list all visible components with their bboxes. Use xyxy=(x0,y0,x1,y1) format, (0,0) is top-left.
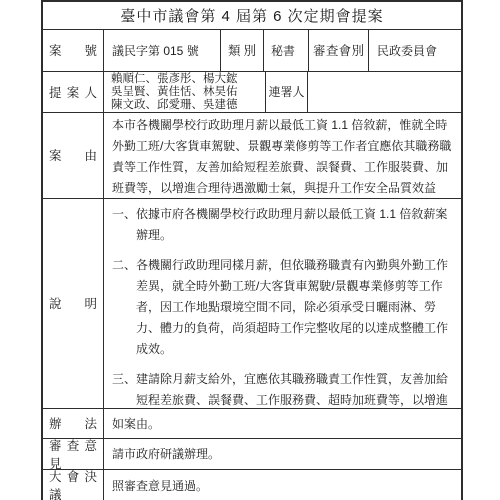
category-label-cell: 類別 xyxy=(221,30,264,71)
committee-label: 審查會別 xyxy=(313,41,364,59)
proposer-row: 提案人 賴順仁、張彥彤、楊大鋐 吳呈賢、黃佳恬、林昊佑 陳文政、邱愛珊、吳建德 … xyxy=(43,72,461,113)
proposer-names-line-3: 陳文政、邱愛珊、吳建德 xyxy=(111,99,265,112)
case-number-label: 案號 xyxy=(49,41,97,59)
resolution-label: 大會決議 xyxy=(49,470,97,500)
case-reason-text: 本市各機關學校行政助理月薪以最低工資 1.1 倍敘薪，惟就全時外勤工班/大客貨車… xyxy=(104,113,461,198)
proposal-document-page: 臺中市議會第 4 屆第 6 次定期會提案 案號 議民字第 015 號 類別 秘書… xyxy=(0,0,500,500)
description-item-2: 二、 各機關行政助理同樣月薪，但依職務職責有內勤與外勤工作差異，就全時外勤工班/… xyxy=(112,255,453,360)
committee-value-cell: 民政委員會 xyxy=(369,30,461,71)
description-item-1: 一、 依據市府各機關學校行政助理月薪以最低工資 1.1 倍敘薪案辦理。 xyxy=(112,204,453,246)
proposer-label: 提案人 xyxy=(49,83,97,101)
description-content: 一、 依據市府各機關學校行政助理月薪以最低工資 1.1 倍敘薪案辦理。 二、 各… xyxy=(104,199,461,408)
proposer-names-cell: 賴順仁、張彥彤、楊大鋐 吳呈賢、黃佳恬、林昊佑 陳文政、邱愛珊、吳建德 xyxy=(104,72,266,112)
method-label: 辦法 xyxy=(49,414,97,432)
cosigner-label: 連署人 xyxy=(268,83,304,100)
category-value-cell: 秘書 xyxy=(264,30,309,71)
description-label-cell: 說明 xyxy=(43,199,104,408)
resolution-row: 大會決議 照審查意見通過。 xyxy=(43,470,461,500)
case-meta-row: 案號 議民字第 015 號 類別 秘書 審查會別 民政委員會 xyxy=(43,30,461,72)
case-reason-label-cell: 案由 xyxy=(43,113,104,198)
proposal-table: 臺中市議會第 4 屆第 6 次定期會提案 案號 議民字第 015 號 類別 秘書… xyxy=(41,0,463,500)
proposer-names-line-2: 吳呈賢、黃佳恬、林昊佑 xyxy=(111,86,265,99)
review-opinion-text: 請市政府研議辦理。 xyxy=(104,439,461,469)
description-item-2-marker: 二、 xyxy=(112,255,136,360)
table-title-row: 臺中市議會第 4 屆第 6 次定期會提案 xyxy=(43,2,461,30)
case-reason-label: 案由 xyxy=(49,146,97,164)
description-item-1-marker: 一、 xyxy=(112,204,136,246)
committee-label-cell: 審查會別 xyxy=(309,30,369,71)
page-title: 臺中市議會第 4 屆第 6 次定期會提案 xyxy=(120,5,383,26)
description-row: 說明 一、 依據市府各機關學校行政助理月薪以最低工資 1.1 倍敘薪案辦理。 二… xyxy=(43,199,461,409)
case-reason-row: 案由 本市各機關學校行政助理月薪以最低工資 1.1 倍敘薪，惟就全時外勤工班/大… xyxy=(43,113,461,199)
category-label: 類別 xyxy=(228,41,256,59)
method-text: 如案由。 xyxy=(104,409,461,438)
case-number-value: 議民字第 015 號 xyxy=(112,42,199,59)
method-label-cell: 辦法 xyxy=(43,409,104,438)
category-value: 秘書 xyxy=(271,42,295,59)
proposer-names-line-1: 賴順仁、張彥彤、楊大鋐 xyxy=(111,73,265,86)
review-opinion-label: 審查意見 xyxy=(49,439,97,469)
review-opinion-label-cell: 審查意見 xyxy=(43,439,104,469)
description-item-2-text: 各機關行政助理同樣月薪，但依職務職責有內勤與外勤工作差異，就全時外勤工班/大客貨… xyxy=(136,255,453,360)
review-opinion-row: 審查意見 請市政府研議辦理。 xyxy=(43,439,461,470)
case-number-label-cell: 案號 xyxy=(43,30,104,71)
committee-value: 民政委員會 xyxy=(377,42,437,59)
description-item-3: 三、 建請除月薪支給外，宜應依其職務職責工作性質，友善加給短程差旅費、誤餐費、工… xyxy=(112,369,453,408)
cosigner-label-cell: 連署人 xyxy=(266,72,308,112)
cosigner-value-cell xyxy=(308,72,461,112)
resolution-text: 照審查意見通過。 xyxy=(104,470,461,500)
proposer-label-cell: 提案人 xyxy=(43,72,104,112)
description-item-3-marker: 三、 xyxy=(112,369,136,408)
description-item-3-text: 建請除月薪支給外，宜應依其職務職責工作性質，友善加給短程差旅費、誤餐費、工作服務… xyxy=(136,369,453,408)
resolution-label-cell: 大會決議 xyxy=(43,470,104,500)
case-number-value-cell: 議民字第 015 號 xyxy=(104,30,221,71)
description-label: 說明 xyxy=(49,294,97,312)
description-item-1-text: 依據市府各機關學校行政助理月薪以最低工資 1.1 倍敘薪案辦理。 xyxy=(136,204,453,246)
method-row: 辦法 如案由。 xyxy=(43,409,461,439)
